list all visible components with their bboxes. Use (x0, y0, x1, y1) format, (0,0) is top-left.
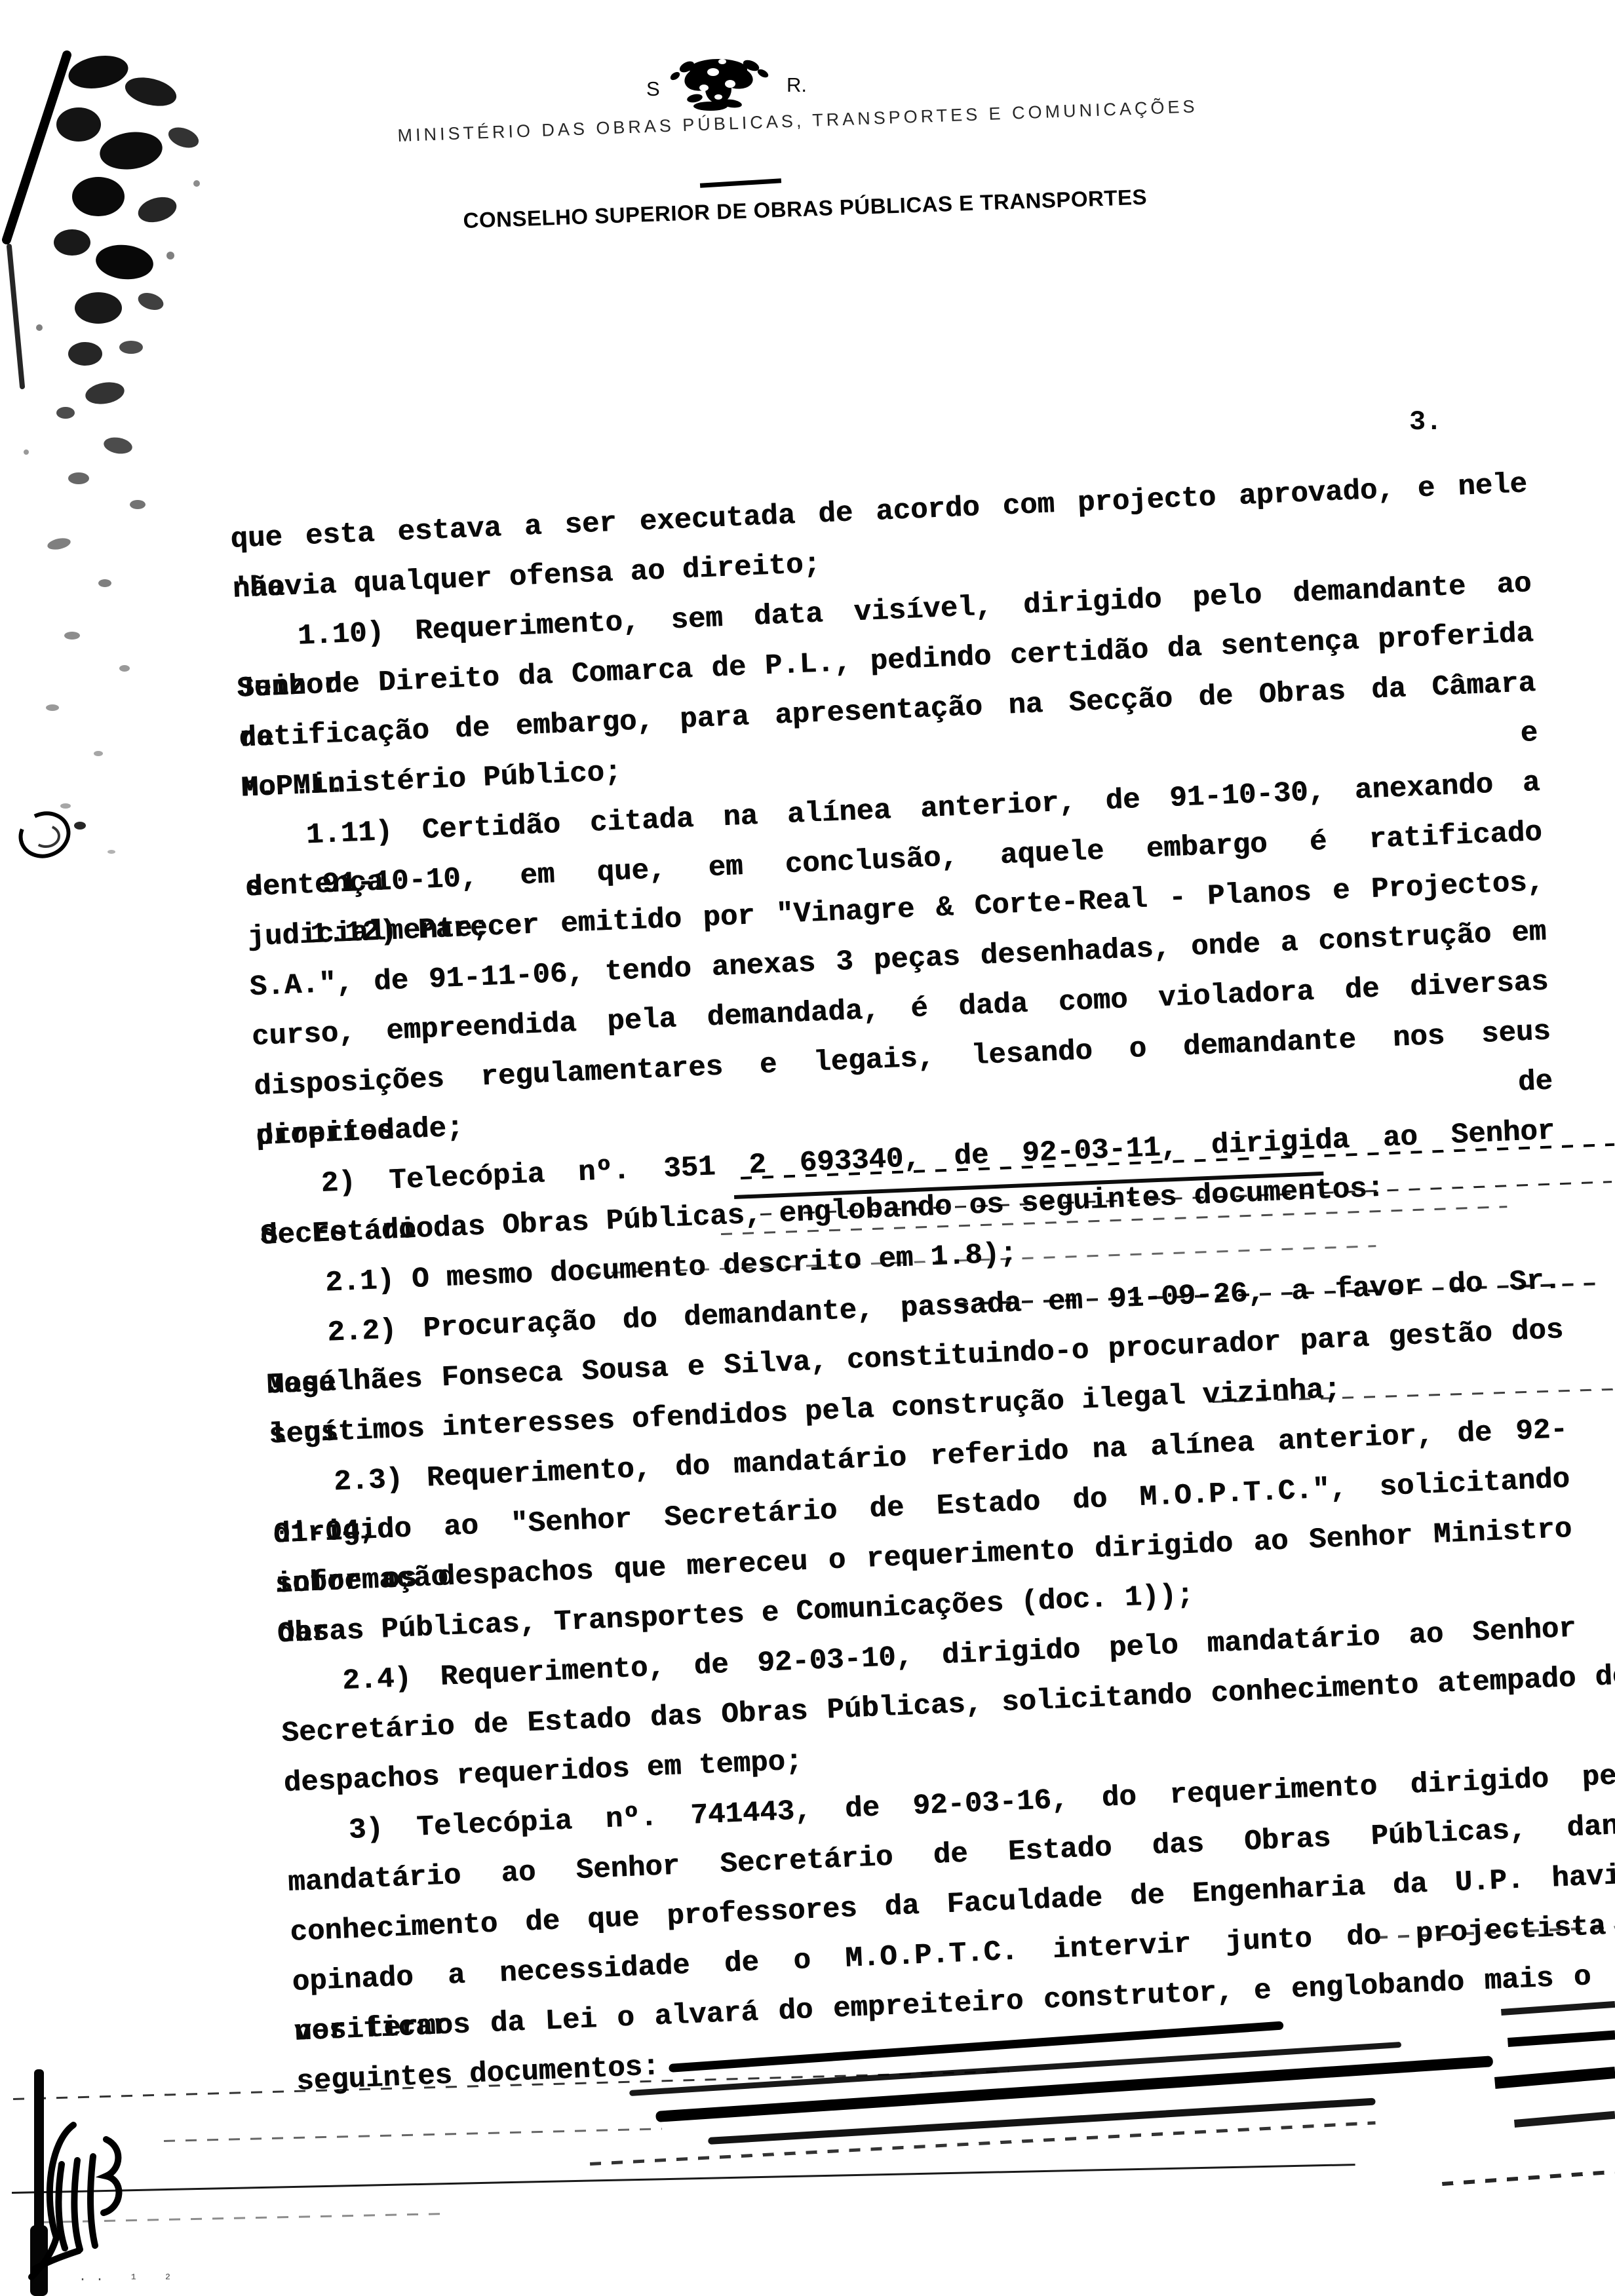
photocopy-streak (12, 2164, 1355, 2194)
footer-marks: ·· ¹ ² (79, 2272, 181, 2287)
stamp-circle (12, 805, 97, 867)
s-mark: S (646, 77, 660, 101)
photocopy-streak (1442, 2170, 1615, 2186)
page-number: 3. (1409, 406, 1442, 438)
photocopy-streak-band (1494, 2067, 1615, 2089)
photocopy-streak (164, 2128, 662, 2142)
signature (26, 2100, 177, 2290)
photocopy-noise-blob (0, 46, 236, 885)
national-emblem-icon (667, 52, 772, 115)
council-title: CONSELHO SUPERIOR DE OBRAS PÚBLICAS E TR… (463, 185, 1148, 233)
photocopy-streak-band (1514, 2111, 1615, 2128)
body-text: que esta estava a ser executada de acord… (229, 459, 1594, 2107)
header-divider (700, 178, 781, 188)
scanned-document-page: S R. MI (0, 0, 1615, 2296)
r-mark: R. (787, 73, 807, 97)
diagonal-scratch (7, 55, 67, 240)
